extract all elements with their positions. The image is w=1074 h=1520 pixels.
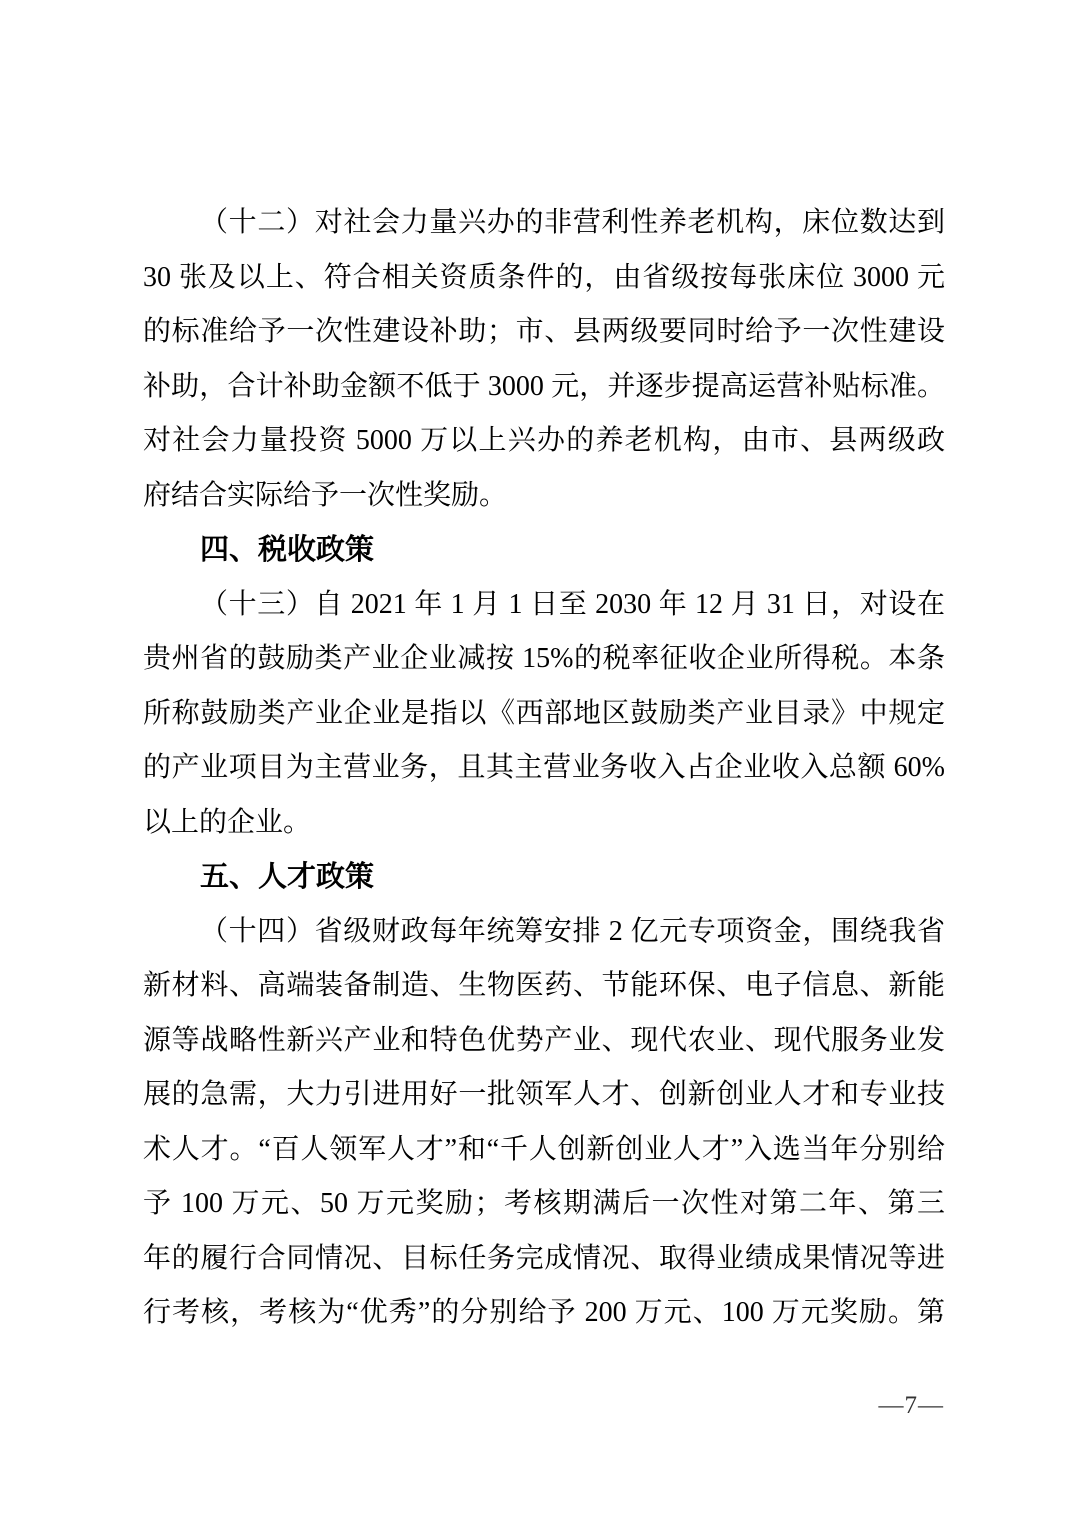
text-line: 贵州省的鼓励类产业企业减按 15%的税率征收企业所得税。本条 [143,632,945,687]
text-line: 源等战略性新兴产业和特色优势产业、现代农业、现代服务业发 [143,1014,945,1069]
text-line: 府结合实际给予一次性奖励。 [143,469,945,524]
text-line: （十二）对社会力量兴办的非营利性养老机构，床位数达到 [143,196,945,251]
section-heading: 五、人才政策 [143,850,945,905]
section-heading: 四、税收政策 [143,523,945,578]
text-line: 的标准给予一次性建设补助；市、县两级要同时给予一次性建设 [143,305,945,360]
text-line: 行考核，考核为“优秀”的分别给予 200 万元、100 万元奖励。第 [143,1286,945,1341]
text-line: （十三）自 2021 年 1 月 1 日至 2030 年 12 月 31 日，对… [143,578,945,633]
text-line: 对社会力量投资 5000 万以上兴办的养老机构，由市、县两级政 [143,414,945,469]
text-line: 所称鼓励类产业企业是指以《西部地区鼓励类产业目录》中规定 [143,687,945,742]
text-line: 予 100 万元、50 万元奖励；考核期满后一次性对第二年、第三 [143,1177,945,1232]
document-body: （十二）对社会力量兴办的非营利性养老机构，床位数达到30 张及以上、符合相关资质… [143,196,945,1341]
text-line: 年的履行合同情况、目标任务完成情况、取得业绩成果情况等进 [143,1232,945,1287]
text-line: 新材料、高端装备制造、生物医药、节能环保、电子信息、新能 [143,959,945,1014]
text-line: 术人才。“百人领军人才”和“千人创新创业人才”入选当年分别给 [143,1123,945,1178]
text-line: 展的急需，大力引进用好一批领军人才、创新创业人才和专业技 [143,1068,945,1123]
page-number: —7— [879,1392,945,1420]
document-page: （十二）对社会力量兴办的非营利性养老机构，床位数达到30 张及以上、符合相关资质… [0,0,1074,1520]
text-line: 30 张及以上、符合相关资质条件的，由省级按每张床位 3000 元 [143,251,945,306]
text-line: （十四）省级财政每年统筹安排 2 亿元专项资金，围绕我省 [143,905,945,960]
text-line: 的产业项目为主营业务，且其主营业务收入占企业收入总额 60% [143,741,945,796]
text-line: 以上的企业。 [143,796,945,851]
text-line: 补助，合计补助金额不低于 3000 元，并逐步提高运营补贴标准。 [143,360,945,415]
